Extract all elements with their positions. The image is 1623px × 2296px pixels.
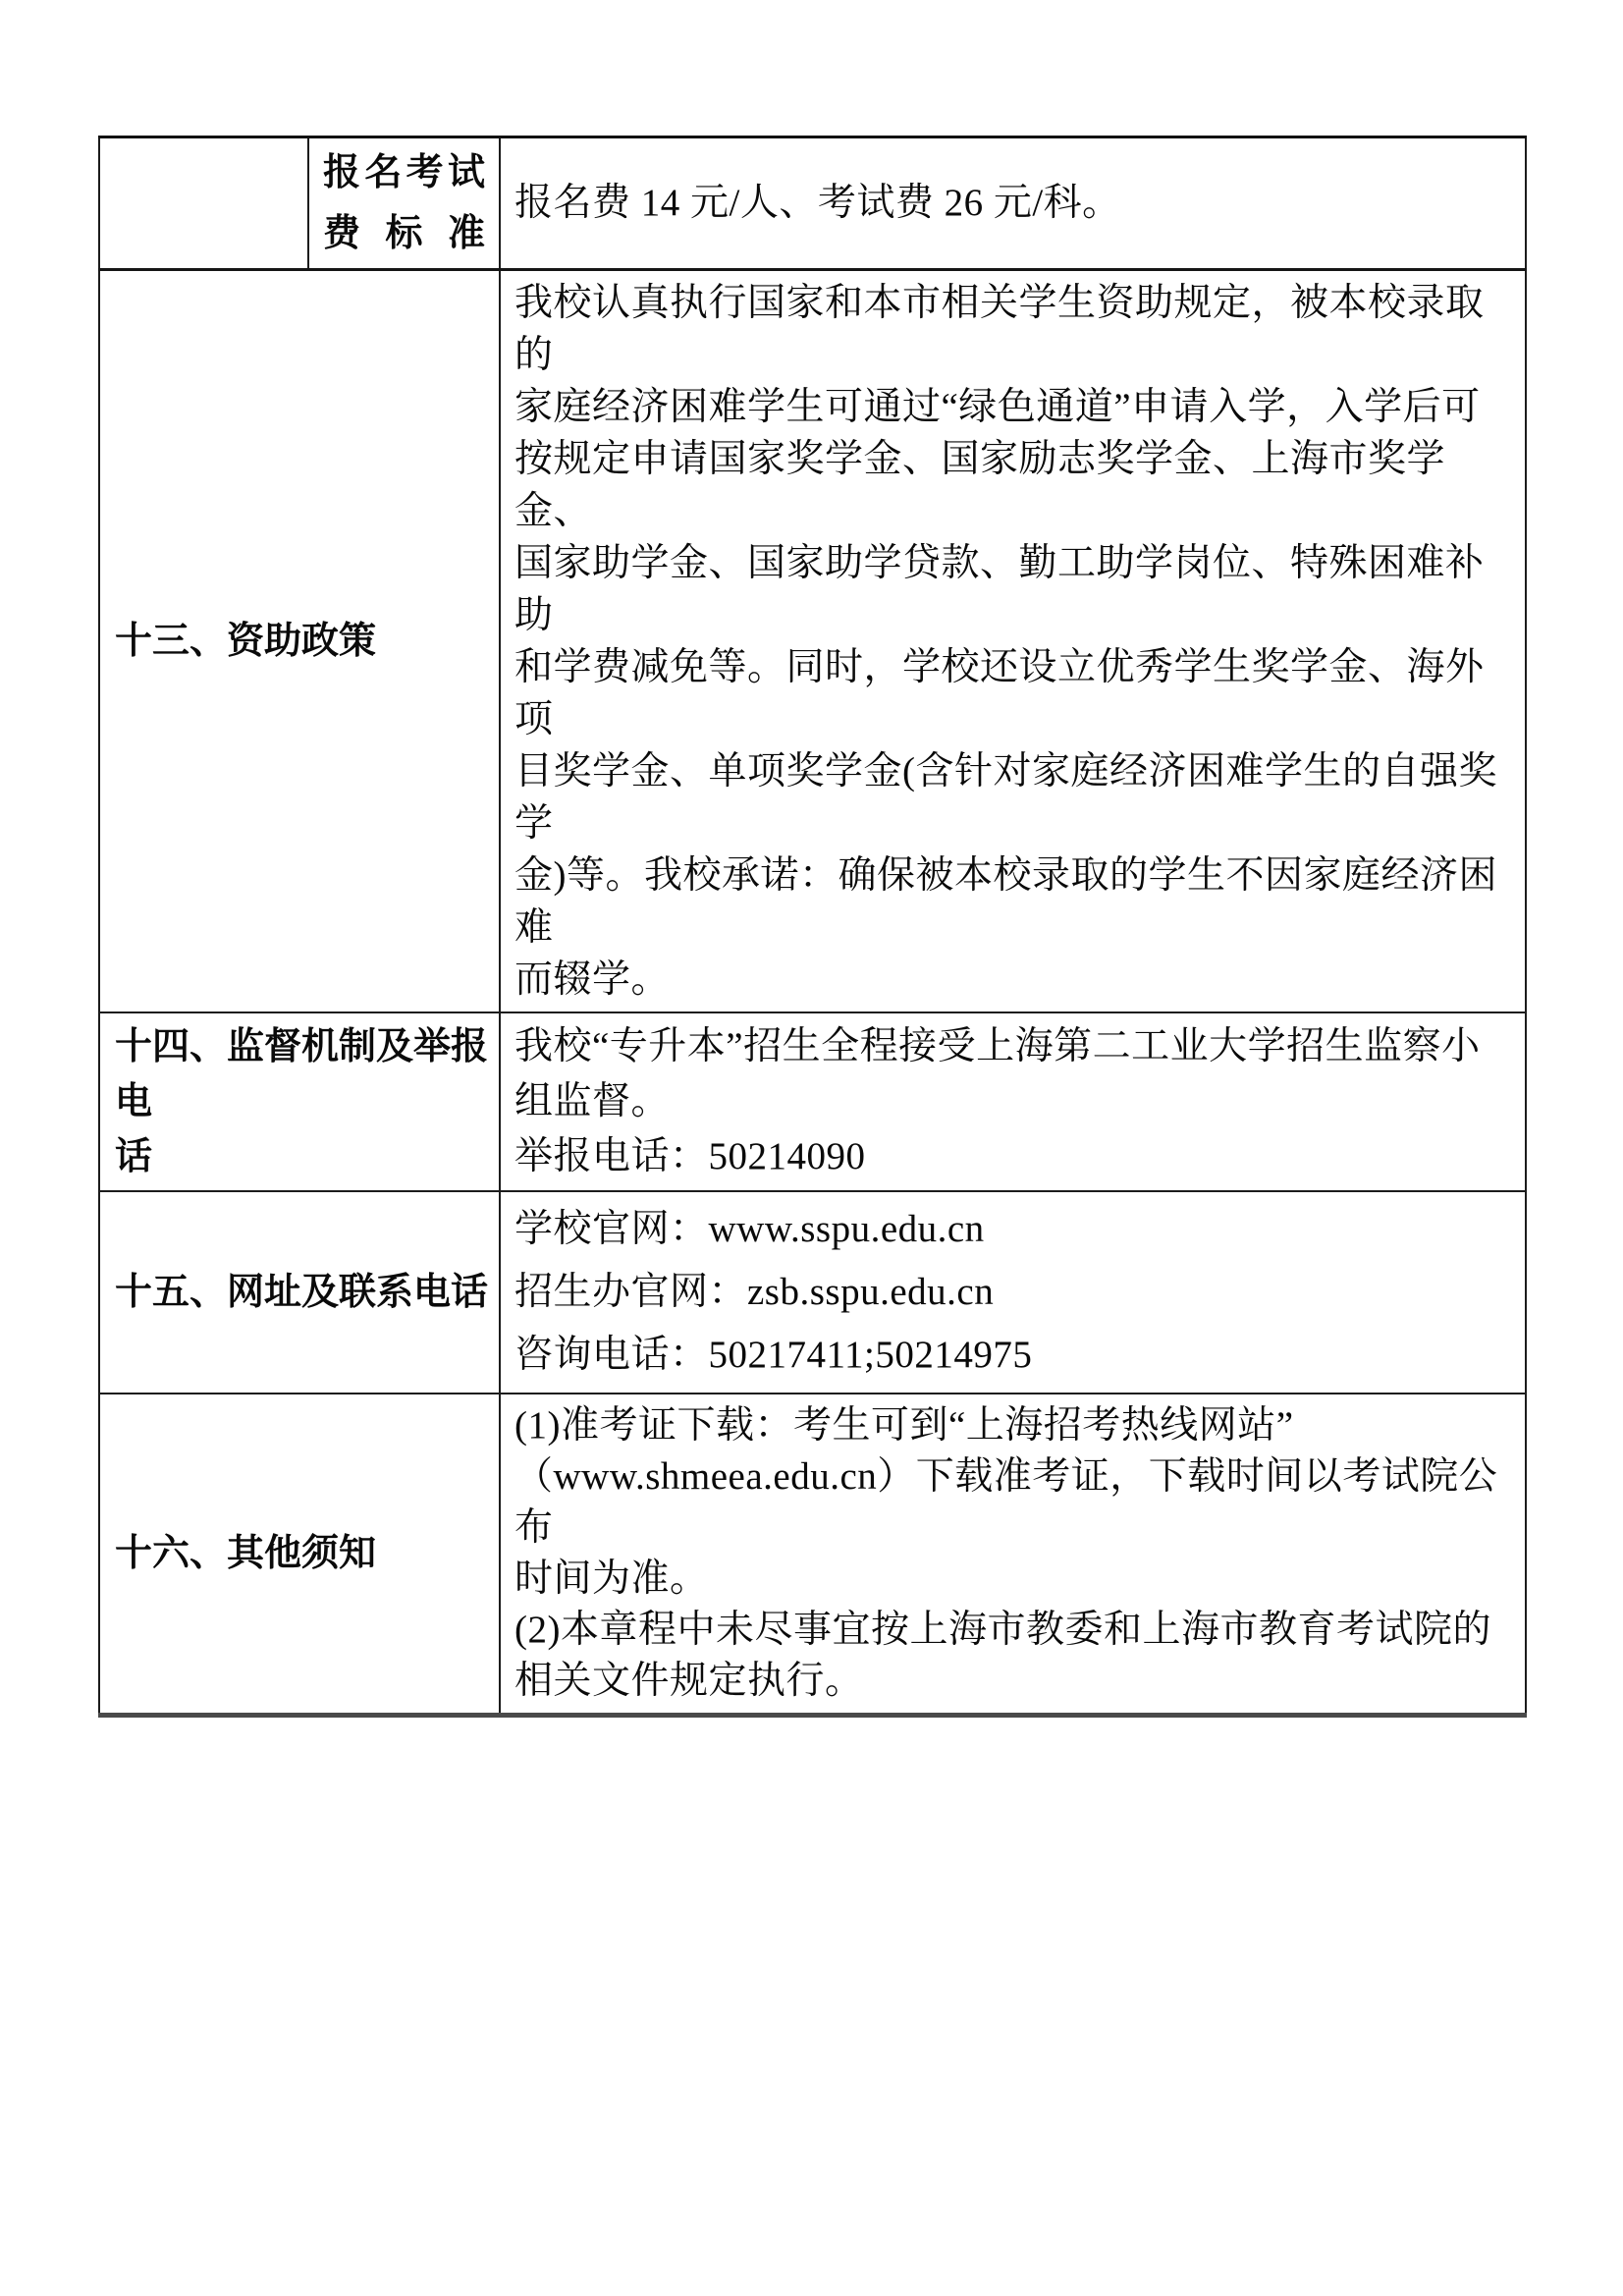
admissions-info-table: 报名考试 费标准 报名费 14 元/人、考试费 26 元/科。 十三、资助政策 … bbox=[98, 136, 1527, 1718]
other-notes-label-cell: 十六、其他须知 bbox=[99, 1394, 500, 1716]
fee-row-spacer-cell bbox=[99, 137, 308, 270]
fee-label-line-2: 费标准 bbox=[323, 203, 485, 264]
fee-row-content-cell: 报名费 14 元/人、考试费 26 元/科。 bbox=[500, 137, 1526, 270]
table-row-other-notes: 十六、其他须知 (1)准考证下载：考生可到“上海招考热线网站” （www.shm… bbox=[99, 1394, 1526, 1716]
supervision-label-cell: 十四、监督机制及举报电 话 bbox=[99, 1012, 500, 1191]
table-row-website-contact: 十五、网址及联系电话 学校官网：www.sspu.edu.cn 招生办官网：zs… bbox=[99, 1191, 1526, 1394]
funding-policy-label-cell: 十三、资助政策 bbox=[99, 270, 500, 1013]
website-contact-label-cell: 十五、网址及联系电话 bbox=[99, 1191, 500, 1394]
fee-row-label-cell: 报名考试 费标准 bbox=[308, 137, 500, 270]
funding-policy-content-cell: 我校认真执行国家和本市相关学生资助规定，被本校录取的 家庭经济困难学生可通过“绿… bbox=[500, 270, 1526, 1013]
table-row-supervision: 十四、监督机制及举报电 话 我校“专升本”招生全程接受上海第二工业大学招生监察小… bbox=[99, 1012, 1526, 1191]
table-row-funding-policy: 十三、资助政策 我校认真执行国家和本市相关学生资助规定，被本校录取的 家庭经济困… bbox=[99, 270, 1526, 1013]
fee-label-line-1: 报名考试 bbox=[323, 142, 485, 203]
website-contact-content-cell: 学校官网：www.sspu.edu.cn 招生办官网：zsb.sspu.edu.… bbox=[500, 1191, 1526, 1394]
other-notes-content-cell: (1)准考证下载：考生可到“上海招考热线网站” （www.shmeea.edu.… bbox=[500, 1394, 1526, 1716]
supervision-content-cell: 我校“专升本”招生全程接受上海第二工业大学招生监察小 组监督。 举报电话：502… bbox=[500, 1012, 1526, 1191]
table-row-fee-standard: 报名考试 费标准 报名费 14 元/人、考试费 26 元/科。 bbox=[99, 137, 1526, 270]
document-page: 报名考试 费标准 报名费 14 元/人、考试费 26 元/科。 十三、资助政策 … bbox=[0, 0, 1623, 2296]
